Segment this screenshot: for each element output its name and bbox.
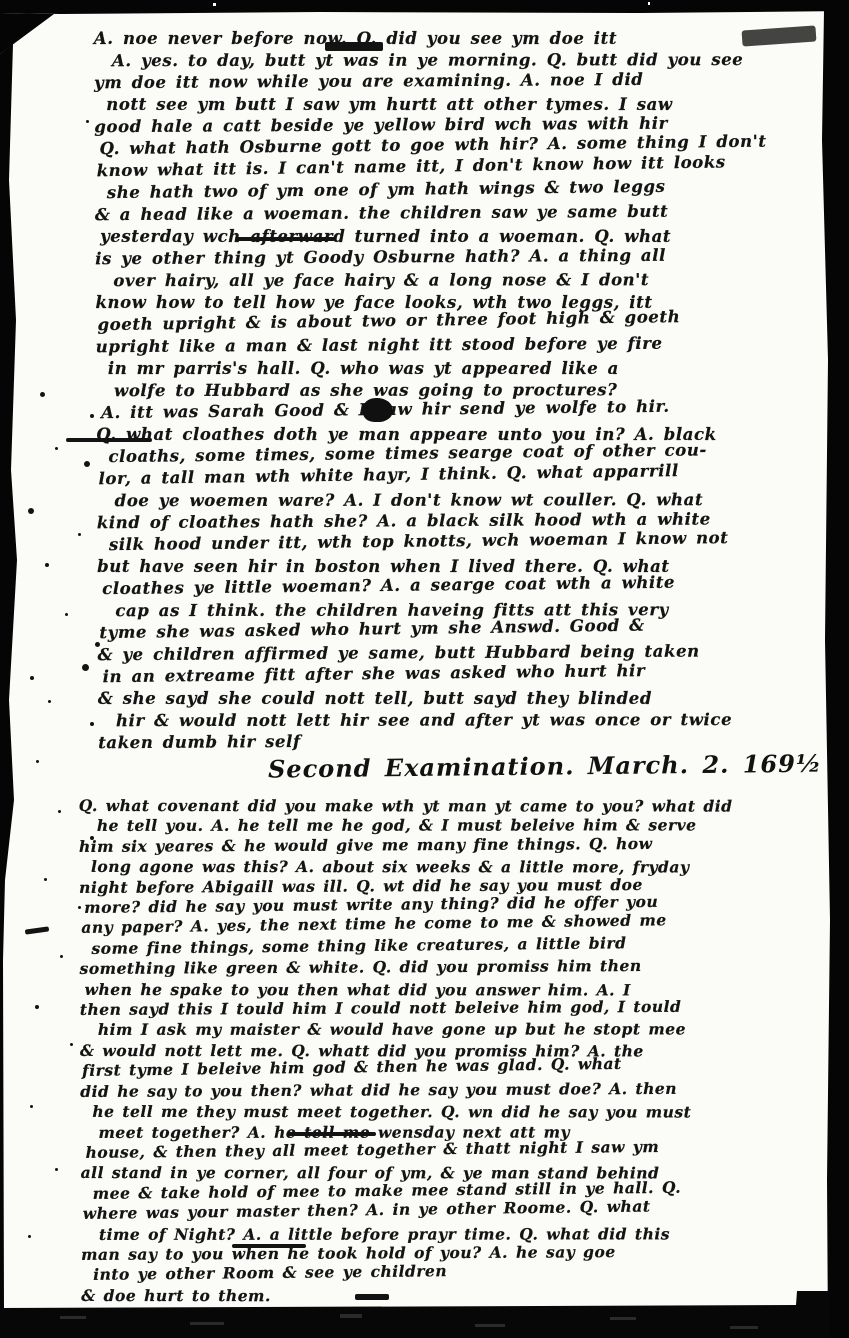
manuscript-line: something like green & white. Q. did you…	[80, 955, 818, 979]
ink-speck	[40, 392, 45, 397]
ink-speck	[48, 700, 51, 703]
ink-speck	[35, 1005, 39, 1009]
ink-speck	[65, 613, 68, 616]
first-examination-text: A. noe never before now. Q. did you see …	[94, 24, 820, 754]
manuscript-line: yesterday wch afterward turned into a wo…	[100, 226, 817, 248]
ink-speck	[95, 642, 100, 647]
ink-speck	[60, 955, 63, 958]
ink-strikethrough	[235, 237, 335, 241]
second-examination-text: Q. what covenant did you make wth yt man…	[79, 792, 820, 1306]
manuscript-line: over hairy, all ye face hairy & a long n…	[113, 269, 817, 292]
ink-strikethrough	[66, 438, 152, 442]
ink-speck	[28, 1235, 31, 1238]
ink-speck	[44, 878, 47, 881]
manuscript-line: A. yes. to day, butt yt was in ye mornin…	[112, 49, 816, 72]
ink-strikethrough	[355, 1294, 389, 1300]
manuscript-line: & a head like a woeman. the children saw…	[95, 200, 817, 226]
ink-speck	[90, 836, 94, 840]
ink-strikethrough	[288, 1132, 376, 1136]
manuscript-line: him six yeares & he would give me many f…	[79, 833, 817, 857]
manuscript-line: nott see ym butt I saw ym hurtt att othe…	[106, 94, 816, 116]
manuscript-line: A. noe never before now. Q. did you see …	[94, 28, 816, 50]
ink-speck	[36, 760, 39, 763]
manuscript-line: long agone was this? A. about six weeks …	[91, 857, 817, 878]
ink-speck	[82, 664, 89, 671]
manuscript-line: & she sayd she could nott tell, butt say…	[98, 688, 820, 710]
ink-speck	[55, 447, 58, 450]
ink-speck	[70, 1043, 73, 1046]
ink-speck	[45, 563, 49, 567]
manuscript-line: time of Night? A. a little before prayr …	[99, 1224, 819, 1245]
manuscript-line: upright like a man & last night itt stoo…	[96, 332, 818, 358]
ink-speck	[90, 722, 94, 726]
ink-strikethrough	[325, 42, 383, 51]
manuscript-line: did he say to you then? what did he say …	[80, 1078, 818, 1102]
manuscript-line: in mr parris's hall. Q. who was yt appea…	[108, 358, 818, 380]
ink-speck	[78, 906, 81, 909]
section-heading: Second Examination. March. 2. 169½	[268, 749, 748, 784]
scanned-document: A. noe never before now. Q. did you see …	[0, 0, 849, 1338]
manuscript-line: him I ask my maister & would have gone u…	[98, 1020, 818, 1041]
ink-blot	[363, 398, 393, 422]
ink-strikethrough	[232, 1244, 306, 1248]
manuscript-line: doe ye woemen ware? A. I don't know wt c…	[115, 489, 819, 512]
ink-speck	[30, 676, 34, 680]
manuscript-line: he tell you. A. he tell me he god, & I m…	[97, 816, 817, 837]
ink-speck	[84, 461, 90, 467]
ink-speck	[86, 120, 89, 123]
ink-speck	[78, 533, 81, 536]
ink-speck	[28, 508, 34, 514]
ink-speck	[58, 810, 61, 813]
ink-speck	[90, 414, 94, 418]
ink-speck	[55, 1168, 58, 1171]
manuscript-line: Q. what covenant did you make wth yt man…	[79, 796, 817, 817]
manuscript-line: when he spake to you then what did you a…	[85, 980, 818, 1001]
manuscript-line: & doe hurt to them.	[81, 1286, 819, 1307]
manuscript-line: hir & would nott lett hir see and after …	[116, 709, 820, 732]
manuscript-line: he tell me they must meet together. Q. w…	[92, 1102, 818, 1123]
ink-speck	[30, 1105, 33, 1108]
